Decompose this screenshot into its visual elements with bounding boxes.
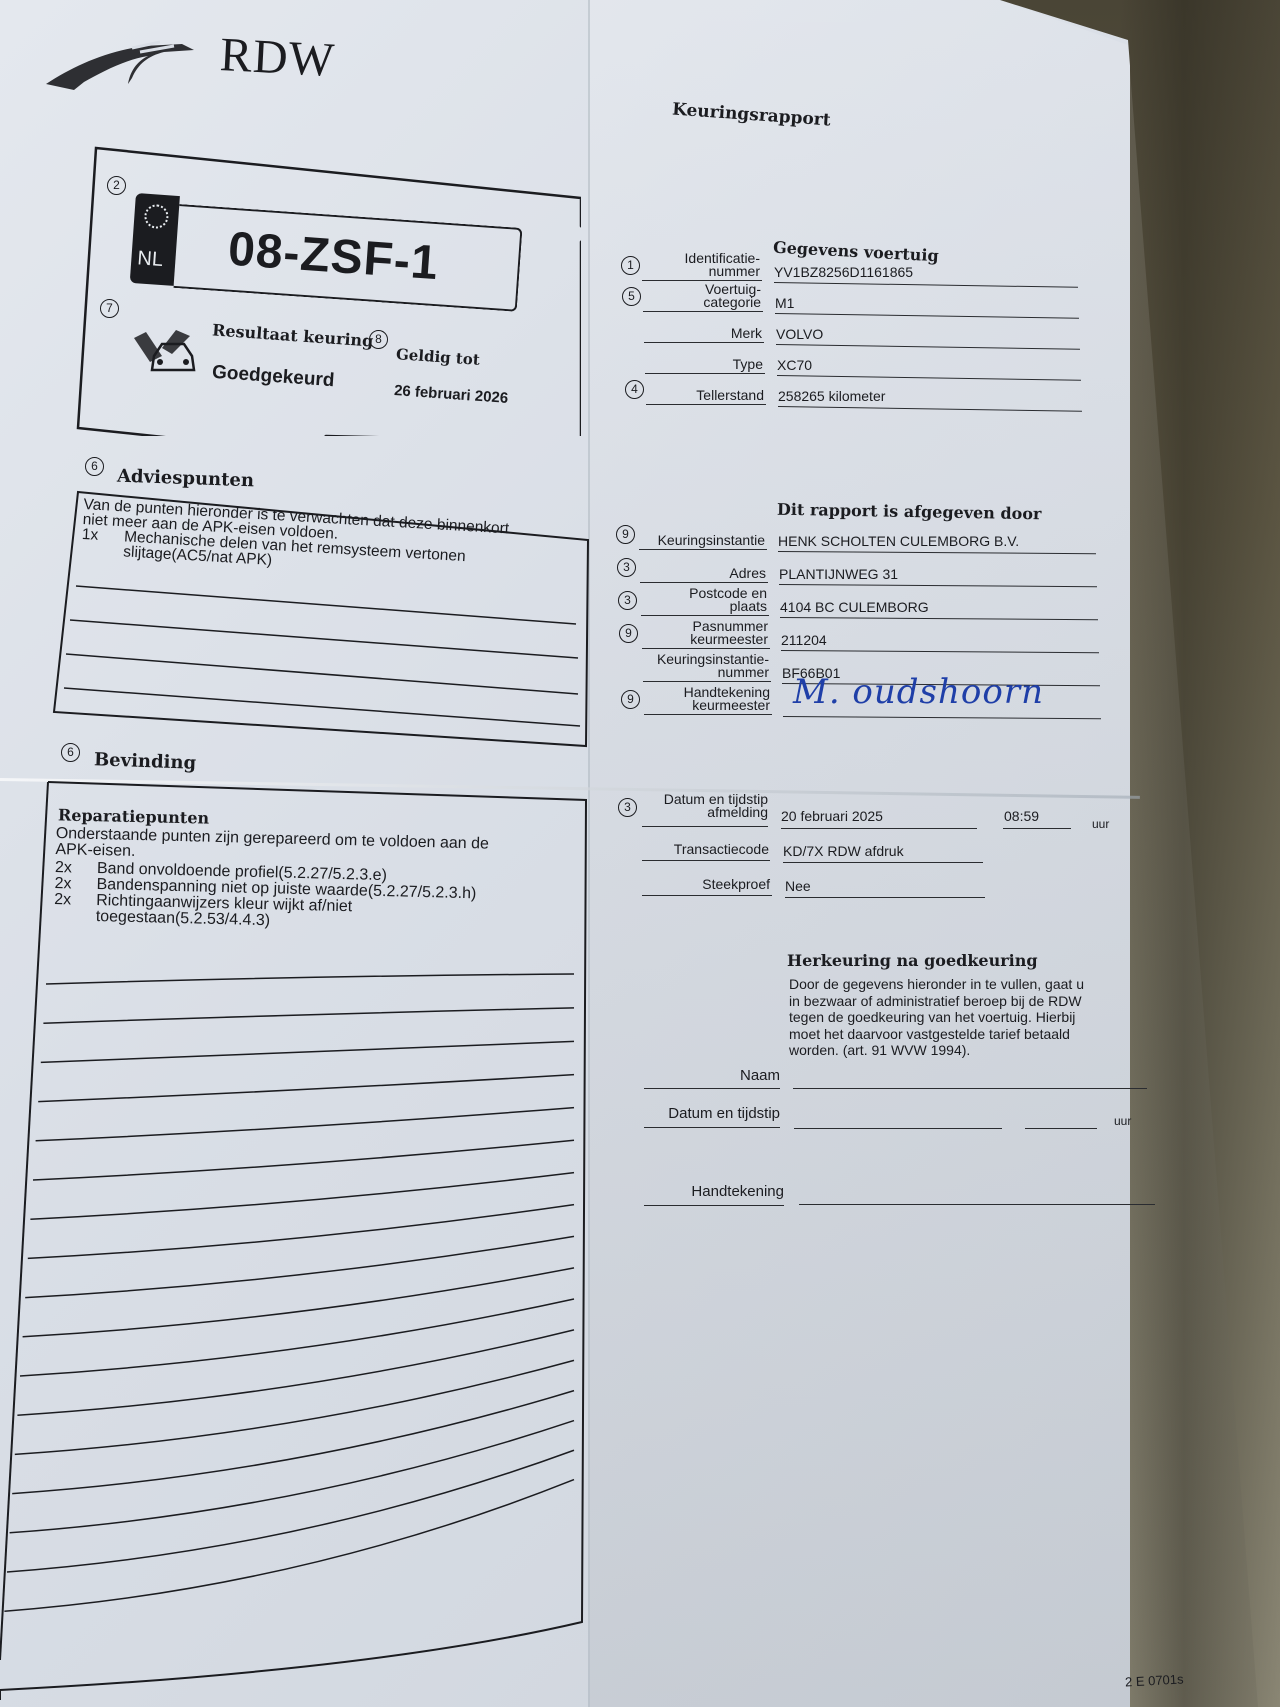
- eu-stars-icon: [144, 204, 170, 230]
- findings-subtitle: Reparatiepunten: [58, 805, 210, 827]
- underline: [644, 1088, 780, 1089]
- underline: [645, 373, 765, 374]
- underline: [644, 1127, 780, 1128]
- field-label: Pasnummerkeurmeester: [640, 620, 768, 646]
- field-value: VOLVO: [776, 326, 823, 342]
- registration-date-value: 20 februari 2025: [781, 808, 883, 824]
- registration-time-value: 08:59: [1004, 808, 1039, 824]
- field-label: Merk: [642, 327, 762, 340]
- transaction-code-label: Transactiecode: [640, 843, 769, 856]
- field-value: 4104 BC CULEMBORG: [780, 599, 929, 615]
- number-badge: 3: [618, 591, 637, 610]
- label-line: Tellerstand: [644, 389, 764, 402]
- finding-item-text: Richtingaanwijzers kleur wijkt af/nietto…: [96, 893, 353, 931]
- transaction-code-value: KD/7X RDW afdruk: [783, 843, 904, 859]
- field-label: Adres: [638, 567, 766, 580]
- brand-name: RDW: [219, 27, 337, 88]
- number-badge: 9: [621, 690, 640, 709]
- underline: [1003, 828, 1071, 829]
- number-badge: 3: [617, 558, 636, 577]
- field-value: 258265 kilometer: [778, 388, 885, 404]
- field-label: Keuringsinstantie-nummer: [641, 653, 769, 679]
- label-line: Adres: [638, 567, 766, 580]
- reinspection-time-field[interactable]: [1025, 1106, 1097, 1129]
- finding-item-qty: 2x: [54, 892, 75, 924]
- finding-item-qty: 2x: [54, 876, 74, 892]
- reinspection-datetime-label: Datum en tijdstip: [644, 1107, 780, 1120]
- field-value: HENK SCHOLTEN CULEMBORG B.V.: [778, 533, 1019, 549]
- field-label: Voertuig-categorie: [641, 283, 761, 309]
- field-value: PLANTIJNWEG 31: [779, 566, 898, 582]
- reinspection-name-field[interactable]: [793, 1066, 1147, 1089]
- underline: [644, 1205, 784, 1206]
- badge-result: 7: [100, 299, 119, 318]
- form-code: 2 E 0701s: [1125, 1671, 1184, 1689]
- reinspection-body-line: tegen de goedkeuring van het voertuig. H…: [789, 1009, 1149, 1026]
- sample-label: Steekproef: [640, 878, 770, 891]
- reinspection-time-unit: uur: [1114, 1114, 1131, 1128]
- reinspection-name-label: Naam: [644, 1069, 780, 1082]
- field-label: Identificatie-nummer: [640, 252, 760, 278]
- label-line: plaats: [639, 600, 767, 613]
- underline: [642, 648, 770, 649]
- underline: [643, 681, 771, 682]
- field-value: 211204: [781, 632, 827, 648]
- reinspection-body-line: in bezwaar of administratief beroep bij …: [789, 993, 1149, 1010]
- underline: [644, 714, 772, 715]
- field-label: Tellerstand: [644, 389, 764, 402]
- field-value: M1: [775, 295, 794, 311]
- field-value: YV1BZ8256D1161865: [774, 264, 913, 280]
- underline: [641, 615, 769, 616]
- underline: [781, 828, 977, 829]
- registration-datetime-label: Datum en tijdstip afmelding: [640, 793, 768, 819]
- sample-value: Nee: [785, 878, 811, 894]
- reinspection-body-line: Door de gegevens hieronder in te vullen,…: [789, 976, 1149, 993]
- inspector-signature: M. oudshoorn: [793, 672, 1044, 712]
- badge-valid: 8: [369, 330, 388, 349]
- reinspection-signature-field[interactable]: [799, 1182, 1155, 1205]
- car-inspection-icon: [132, 326, 200, 378]
- underline: [783, 862, 983, 863]
- plate-country-strip: NL: [130, 193, 180, 286]
- rdw-logo-icon: [44, 38, 194, 94]
- underline: [642, 860, 770, 861]
- finding-item-qty: 2x: [55, 860, 75, 876]
- underline: [785, 897, 985, 898]
- findings-title: Bevinding: [94, 749, 197, 774]
- plate-number-field: 08-ZSF-1: [173, 204, 522, 312]
- badge-advice: 6: [85, 457, 104, 476]
- label-line: keurmeester: [642, 699, 770, 712]
- reinspection-body: Door de gegevens hieronder in te vullen,…: [789, 976, 1149, 1059]
- label-line: afmelding: [640, 806, 768, 819]
- field-label: Postcode enplaats: [639, 587, 767, 613]
- underline: [640, 582, 768, 583]
- field-label: Handtekeningkeurmeester: [642, 686, 770, 712]
- registration-time-unit: uur: [1092, 817, 1109, 831]
- underline: [642, 895, 772, 896]
- label-line: nummer: [640, 265, 760, 278]
- label-line: Type: [643, 358, 763, 371]
- number-badge: 4: [625, 380, 644, 399]
- field-value: XC70: [777, 357, 812, 373]
- number-badge: 9: [619, 624, 638, 643]
- label-line: keurmeester: [640, 633, 768, 646]
- underline: [644, 342, 764, 343]
- label-line: categorie: [641, 296, 761, 309]
- plate-number: 08-ZSF-1: [226, 222, 440, 292]
- badge-plate: 2: [107, 176, 126, 195]
- field-label: Keuringsinstantie: [637, 534, 765, 547]
- label-line: Merk: [642, 327, 762, 340]
- plate-country-code: NL: [137, 247, 164, 272]
- field-label: Type: [643, 358, 763, 371]
- label-line: Keuringsinstantie: [637, 534, 765, 547]
- label-line: nummer: [641, 666, 769, 679]
- badge-findings: 6: [61, 743, 80, 762]
- number-badge: 5: [622, 287, 641, 306]
- reinspection-body-line: worden. (art. 91 WVW 1994).: [789, 1042, 1149, 1059]
- underline: [646, 404, 766, 405]
- badge-registration: 3: [618, 798, 637, 817]
- reinspection-body-line: moet het daarvoor vastgestelde tarief be…: [789, 1026, 1149, 1043]
- reinspection-signature-label: Handtekening: [644, 1185, 784, 1198]
- number-badge: 9: [616, 525, 635, 544]
- underline: [643, 311, 763, 312]
- underline: [642, 826, 768, 827]
- reinspection-date-field[interactable]: [794, 1106, 1002, 1129]
- number-badge: 1: [621, 256, 640, 275]
- reinspection-title: Herkeuring na goedkeuring: [787, 951, 1038, 970]
- findings-content: Onderstaande punten zijn gerepareerd om …: [54, 826, 489, 935]
- underline: [639, 549, 767, 550]
- advice-item-qty: 1x: [81, 527, 99, 558]
